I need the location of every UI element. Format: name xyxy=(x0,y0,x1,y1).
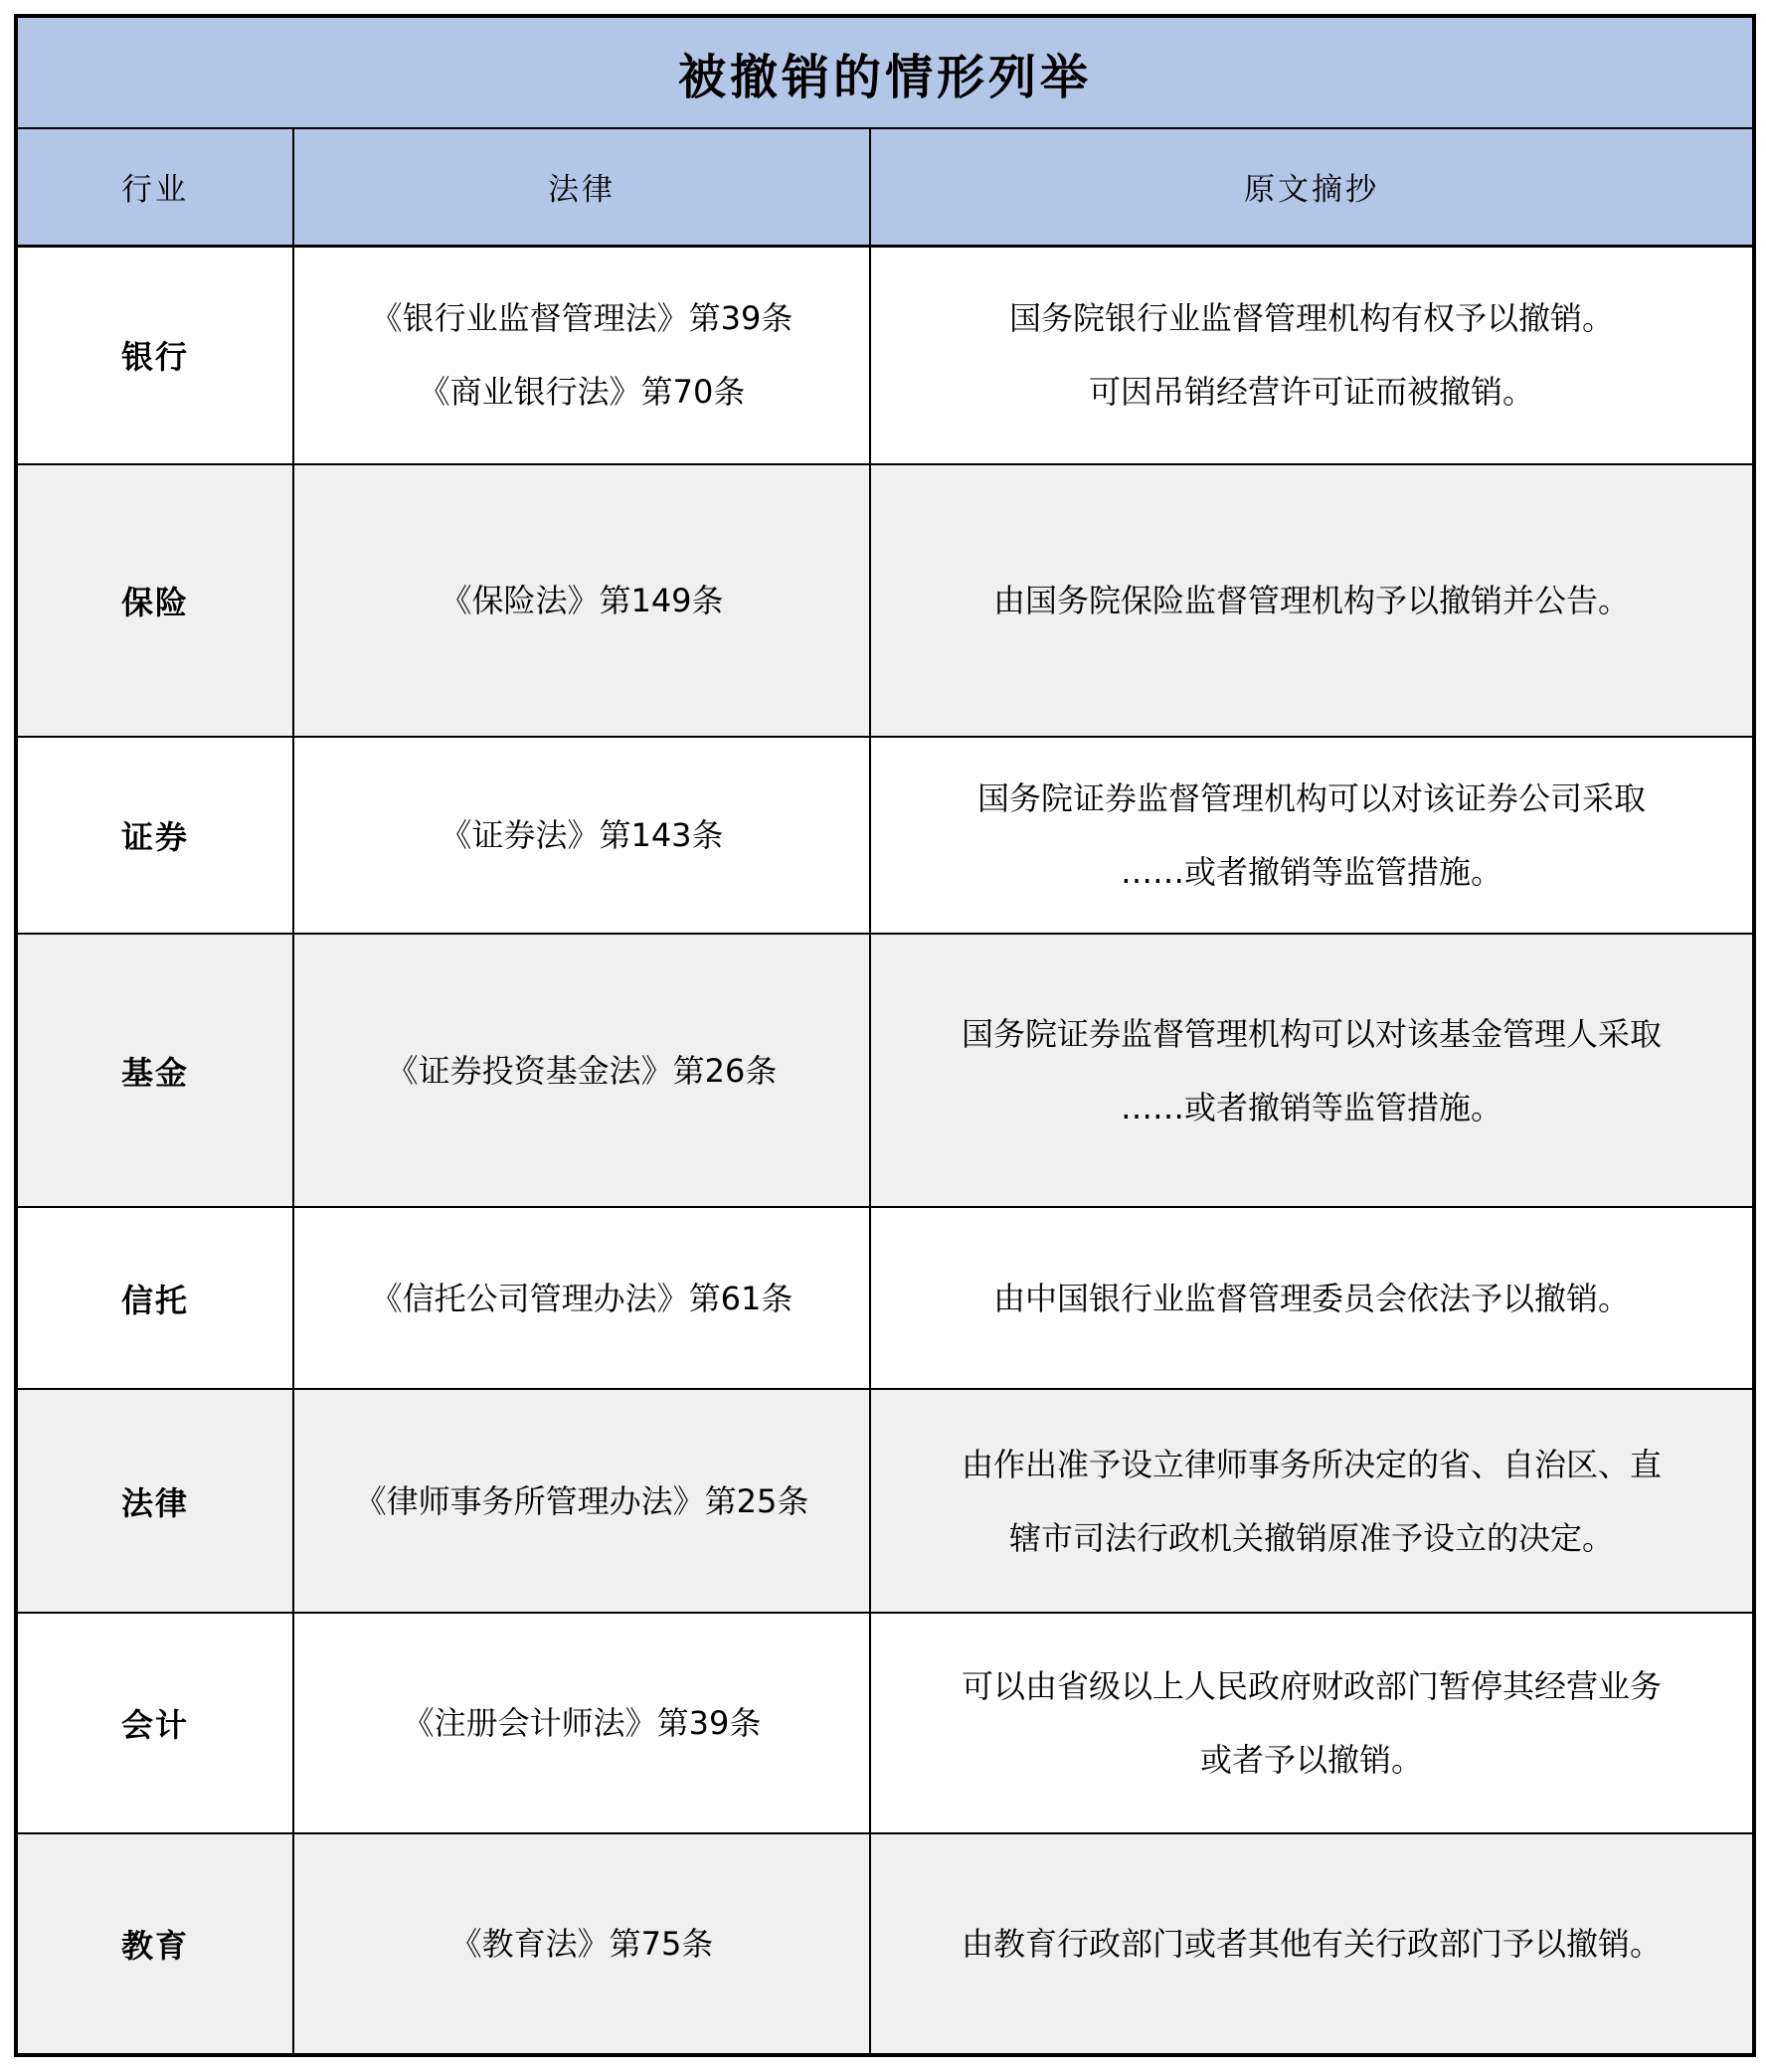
excerpt-cell: 国务院证券监督管理机构可以对该基金管理人采取……或者撤销等监管措施。 xyxy=(870,934,1754,1207)
law-cell: 《律师事务所管理办法》第25条 xyxy=(293,1389,870,1613)
law-cell: 《教育法》第75条 xyxy=(293,1833,870,2055)
table-row-accounting: 会计 《注册会计师法》第39条 可以由省级以上人民政府财政部门暂停其经营业务或者… xyxy=(16,1613,1754,1833)
revocation-table: 被撤销的情形列举 行业 法律 原文摘抄 银行 《银行业监督管理法》第39条《商业… xyxy=(14,14,1756,2057)
excerpt-cell: 国务院银行业监督管理机构有权予以撤销。可因吊销经营许可证而被撤销。 xyxy=(870,246,1754,464)
table-row-bank: 银行 《银行业监督管理法》第39条《商业银行法》第70条 国务院银行业监督管理机… xyxy=(16,246,1754,464)
industry-cell: 银行 xyxy=(16,246,293,464)
industry-cell: 法律 xyxy=(16,1389,293,1613)
excerpt-cell: 由国务院保险监督管理机构予以撤销并公告。 xyxy=(870,464,1754,737)
table-row-trust: 信托 《信托公司管理办法》第61条 由中国银行业监督管理委员会依法予以撤销。 xyxy=(16,1207,1754,1389)
page: 被撤销的情形列举 行业 法律 原文摘抄 银行 《银行业监督管理法》第39条《商业… xyxy=(0,0,1766,2057)
table-row-legal: 法律 《律师事务所管理办法》第25条 由作出准予设立律师事务所决定的省、自治区、… xyxy=(16,1389,1754,1613)
table-row-fund: 基金 《证券投资基金法》第26条 国务院证券监督管理机构可以对该基金管理人采取…… xyxy=(16,934,1754,1207)
industry-cell: 会计 xyxy=(16,1613,293,1833)
table-header-row: 行业 法律 原文摘抄 xyxy=(16,128,1754,246)
table-row-securities: 证券 《证券法》第143条 国务院证券监督管理机构可以对该证券公司采取……或者撤… xyxy=(16,737,1754,934)
table-row-education: 教育 《教育法》第75条 由教育行政部门或者其他有关行政部门予以撤销。 xyxy=(16,1833,1754,2055)
industry-cell: 证券 xyxy=(16,737,293,934)
law-cell: 《信托公司管理办法》第61条 xyxy=(293,1207,870,1389)
column-header-excerpt: 原文摘抄 xyxy=(870,128,1754,246)
table-title: 被撤销的情形列举 xyxy=(16,16,1754,128)
excerpt-cell: 由中国银行业监督管理委员会依法予以撤销。 xyxy=(870,1207,1754,1389)
column-header-industry: 行业 xyxy=(16,128,293,246)
industry-cell: 教育 xyxy=(16,1833,293,2055)
law-cell: 《保险法》第149条 xyxy=(293,464,870,737)
excerpt-cell: 可以由省级以上人民政府财政部门暂停其经营业务或者予以撤销。 xyxy=(870,1613,1754,1833)
column-header-law: 法律 xyxy=(293,128,870,246)
law-cell: 《注册会计师法》第39条 xyxy=(293,1613,870,1833)
table-title-row: 被撤销的情形列举 xyxy=(16,16,1754,128)
law-cell: 《银行业监督管理法》第39条《商业银行法》第70条 xyxy=(293,246,870,464)
excerpt-cell: 国务院证券监督管理机构可以对该证券公司采取……或者撤销等监管措施。 xyxy=(870,737,1754,934)
industry-cell: 信托 xyxy=(16,1207,293,1389)
industry-cell: 保险 xyxy=(16,464,293,737)
law-cell: 《证券投资基金法》第26条 xyxy=(293,934,870,1207)
excerpt-cell: 由教育行政部门或者其他有关行政部门予以撤销。 xyxy=(870,1833,1754,2055)
excerpt-cell: 由作出准予设立律师事务所决定的省、自治区、直辖市司法行政机关撤销原准予设立的决定… xyxy=(870,1389,1754,1613)
industry-cell: 基金 xyxy=(16,934,293,1207)
table-row-insurance: 保险 《保险法》第149条 由国务院保险监督管理机构予以撤销并公告。 xyxy=(16,464,1754,737)
law-cell: 《证券法》第143条 xyxy=(293,737,870,934)
